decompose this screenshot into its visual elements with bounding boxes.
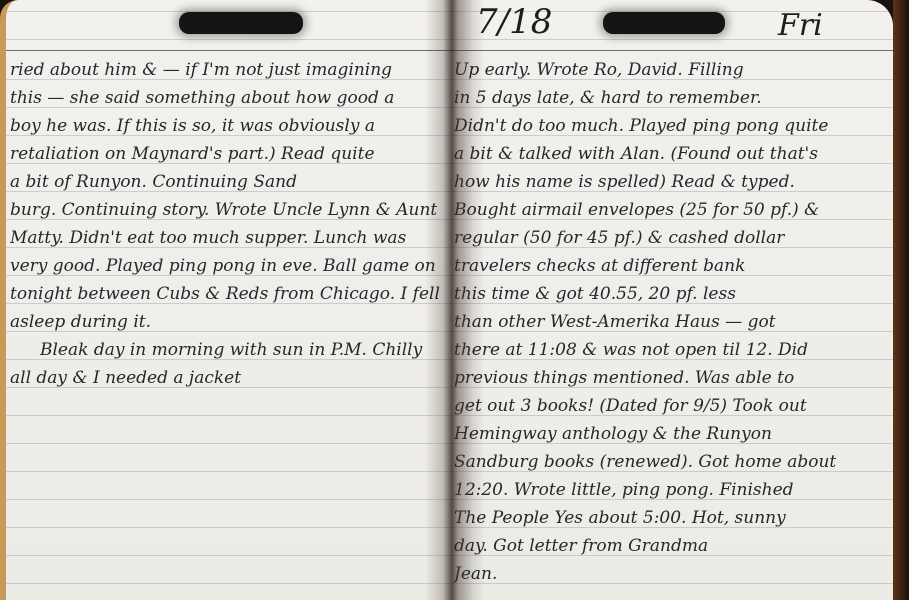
- header-rule: [448, 50, 893, 51]
- diary-line: all day & I needed a jacket: [10, 364, 444, 392]
- diary-line: 12:20. Wrote little, ping pong. Finished: [454, 476, 889, 504]
- ink-blot-redaction: [603, 12, 725, 34]
- diary-line: a bit of Runyon. Continuing Sand: [10, 168, 444, 196]
- diary-line: this time & got 40.55, 20 pf. less: [454, 280, 889, 308]
- right-page-text: Up early. Wrote Ro, David. Filling in 5 …: [454, 56, 889, 588]
- diary-line: Up early. Wrote Ro, David. Filling: [454, 56, 889, 84]
- diary-line: Didn't do too much. Played ping pong qui…: [454, 112, 889, 140]
- diary-line: tonight between Cubs & Reds from Chicago…: [10, 280, 444, 308]
- diary-line: get out 3 books! (Dated for 9/5) Took ou…: [454, 392, 889, 420]
- cover-edge: [893, 0, 909, 600]
- diary-line: retaliation on Maynard's part.) Read qui…: [10, 140, 444, 168]
- diary-line: regular (50 for 45 pf.) & cashed dollar: [454, 224, 889, 252]
- diary-line: Sandburg books (renewed). Got home about: [454, 448, 889, 476]
- diary-line: than other West-Amerika Haus — got: [454, 308, 889, 336]
- ink-blot-redaction: [179, 12, 303, 34]
- diary-line: day. Got letter from Grandma: [454, 532, 889, 560]
- diary-line: Jean.: [454, 560, 889, 588]
- diary-line: burg. Continuing story. Wrote Uncle Lynn…: [10, 196, 444, 224]
- diary-line: ried about him & — if I'm not just imagi…: [10, 56, 444, 84]
- diary-line: this — she said something about how good…: [10, 84, 444, 112]
- diary-line: Bought airmail envelopes (25 for 50 pf.)…: [454, 196, 889, 224]
- entry-weekday: Fri: [778, 8, 823, 43]
- left-page: ried about him & — if I'm not just imagi…: [0, 0, 448, 600]
- diary-line: in 5 days late, & hard to remember.: [454, 84, 889, 112]
- left-page-text: ried about him & — if I'm not just imagi…: [10, 56, 444, 392]
- diary-line: there at 11:08 & was not open til 12. Di…: [454, 336, 889, 364]
- diary-line: asleep during it.: [10, 308, 444, 336]
- diary-line: how his name is spelled) Read & typed.: [454, 168, 889, 196]
- diary-line: Bleak day in morning with sun in P.M. Ch…: [10, 336, 444, 364]
- diary-line: previous things mentioned. Was able to: [454, 364, 889, 392]
- diary-line: travelers checks at different bank: [454, 252, 889, 280]
- diary-line: boy he was. If this is so, it was obviou…: [10, 112, 444, 140]
- right-page: 7/18 Fri Up early. Wrote Ro, David. Fill…: [448, 0, 893, 600]
- diary-spread: ried about him & — if I'm not just imagi…: [0, 0, 909, 600]
- diary-line: Matty. Didn't eat too much supper. Lunch…: [10, 224, 444, 252]
- entry-date: 7/18: [476, 2, 552, 42]
- diary-line: The People Yes about 5:00. Hot, sunny: [454, 504, 889, 532]
- diary-line: Hemingway anthology & the Runyon: [454, 420, 889, 448]
- diary-line: a bit & talked with Alan. (Found out tha…: [454, 140, 889, 168]
- diary-line: very good. Played ping pong in eve. Ball…: [10, 252, 444, 280]
- header-rule: [6, 50, 448, 51]
